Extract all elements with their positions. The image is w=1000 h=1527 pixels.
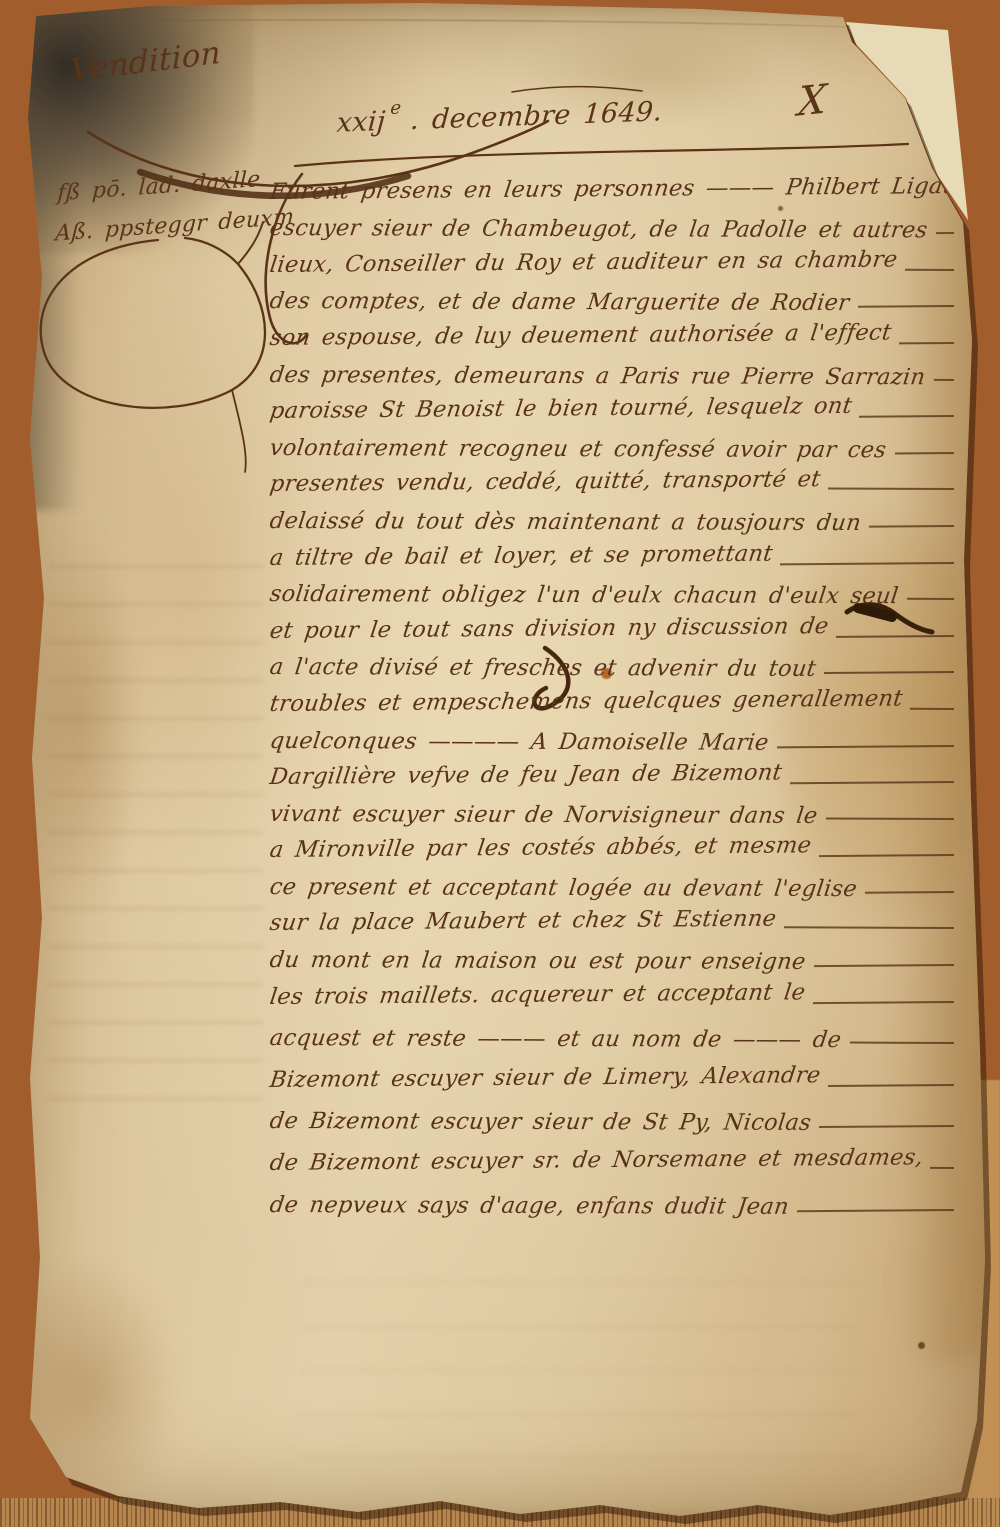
ink-bleedthrough (48, 560, 263, 1100)
line-filler-rule (895, 452, 954, 454)
foxing-spot (918, 1342, 925, 1349)
line-filler-rule (930, 1167, 954, 1169)
manuscript-line: presentes vendu, ceddé, quitté, transpor… (268, 463, 956, 500)
manuscript-line-text: sur la place Maubert et chez St Estienne (268, 905, 778, 938)
manuscript-line: Furent presens en leurs personnes ——— Ph… (268, 170, 956, 207)
line-filler-rule (836, 635, 954, 638)
date-day-roman: xxij (336, 106, 387, 139)
line-filler-rule (790, 781, 954, 784)
line-filler-rule (828, 488, 954, 491)
line-filler-rule (828, 1084, 954, 1087)
photo-of-manuscript: Vendition xxije. decembre 1649. X fß pō.… (0, 0, 1000, 1527)
manuscript-line: a tiltre de bail et loyer, et se promett… (268, 536, 956, 573)
line-filler-rule (934, 378, 954, 380)
manuscript-line-text: delaissé du tout dès maintenant a tousjo… (268, 507, 863, 538)
manuscript-line: paroisse St Benoist le bien tourné, lesq… (268, 390, 956, 427)
margin-note-descender (232, 390, 246, 472)
manuscript-line: Dargillière vefve de feu Jean de Bizemon… (268, 756, 956, 793)
manuscript-line-text: son espouse, de luy deuement authorisée … (268, 319, 893, 353)
line-filler-rule (814, 964, 954, 967)
manuscript-line: du mont en la maison ou est pour enseign… (268, 938, 956, 975)
manuscript-line-text: a tiltre de bail et loyer, et se promett… (268, 539, 775, 572)
manuscript-line-text: des presentes, demeurans a Paris rue Pie… (268, 361, 927, 392)
manuscript-line-text: a Mironville par les costés abbés, et me… (268, 832, 813, 866)
manuscript-line: de nepveux says d'aage, enfans dudit Jea… (268, 1183, 956, 1220)
x-mark: X (796, 76, 828, 126)
manuscript-line-text: solidairement obligez l'un d'eulx chacun… (268, 580, 900, 611)
manuscript-line: a l'acte divisé et fresches et advenir d… (268, 646, 956, 683)
margin-note: fß pō. lad. daxlle Aß. ppsteggr deuxm (54, 157, 298, 254)
manuscript-line: des presentes, demeurans a Paris rue Pie… (268, 353, 956, 390)
line-filler-rule (819, 854, 954, 857)
manuscript-line-text: volontairement recogneu et confessé avoi… (268, 434, 888, 465)
manuscript-line: les trois maillets. acquereur et accepta… (268, 975, 956, 1012)
line-filler-rule (859, 415, 954, 418)
manuscript-line-text: acquest et reste ——— et au nom de ——— de (268, 1024, 843, 1055)
manuscript-line-text: quelconques ———— A Damoiselle Marie (268, 727, 770, 758)
manuscript-line-text: a l'acte divisé et fresches et advenir d… (268, 653, 818, 684)
line-filler-rule (819, 1125, 954, 1128)
ink-bleedthrough (300, 1240, 860, 1460)
manuscript-line: ce present et acceptant logée au devant … (268, 865, 956, 902)
line-filler-rule (850, 1042, 954, 1044)
line-filler-rule (936, 232, 954, 234)
manuscript-line-text: de Bizemont escuyer sr. de Norsemane et … (268, 1143, 925, 1178)
manuscript-line: de Bizemont escuyer sieur de St Py, Nico… (268, 1100, 956, 1137)
manuscript-line-text: Furent presens en leurs personnes ——— Ph… (268, 171, 976, 206)
line-filler-rule (899, 342, 954, 344)
line-filler-rule (826, 817, 954, 820)
manuscript-line: vivant escuyer sieur de Norvisigneur dan… (268, 792, 956, 829)
line-filler-rule (865, 891, 954, 894)
manuscript-line: Bizemont escuyer sieur de Limery, Alexan… (268, 1058, 956, 1095)
manuscript-line-text: et pour le tout sans division ny discuss… (268, 612, 830, 646)
manuscript-line-text: de nepveux says d'aage, enfans dudit Jea… (268, 1191, 791, 1222)
manuscript-line-text: du mont en la maison ou est pour enseign… (268, 946, 807, 977)
manuscript-line-text: paroisse St Benoist le bien tourné, lesq… (268, 392, 854, 426)
manuscript-line-text: Bizemont escuyer sieur de Limery, Alexan… (268, 1061, 822, 1095)
manuscript-line-text: les trois maillets. acquereur et accepta… (268, 978, 807, 1012)
line-filler-rule (869, 525, 954, 528)
line-filler-rule (905, 269, 954, 271)
manuscript-line: solidairement obligez l'un d'eulx chacun… (268, 573, 956, 610)
manuscript-line: acquest et reste ——— et au nom de ——— de (268, 1017, 956, 1054)
manuscript-line: sur la place Maubert et chez St Estienne (268, 902, 956, 939)
manuscript-line-text: troubles et empeschemens quelcques gener… (268, 684, 905, 719)
manuscript-line: quelconques ———— A Damoiselle Marie (268, 719, 956, 756)
date-month-year: . decembre 1649. (409, 96, 663, 136)
manuscript-sheet: Vendition xxije. decembre 1649. X fß pō.… (0, 0, 1000, 1527)
manuscript-line-text: presentes vendu, ceddé, quitté, transpor… (268, 466, 823, 500)
line-filler-rule (907, 598, 954, 600)
manuscript-line-text: vivant escuyer sieur de Norvisigneur dan… (268, 800, 819, 831)
manuscript-line-text: ce present et acceptant logée au devant … (268, 873, 859, 904)
manuscript-line: volontairement recogneu et confessé avoi… (268, 426, 956, 463)
manuscript-line: des comptes, et de dame Marguerite de Ro… (268, 280, 956, 317)
manuscript-line-text: lieux, Conseiller du Roy et auditeur en … (268, 245, 899, 279)
date-heading: xxije. decembre 1649. (0, 94, 1000, 133)
manuscript-body: Furent presens en leurs personnes ——— Ph… (268, 170, 956, 1220)
manuscript-line: a Mironville par les costés abbés, et me… (268, 829, 956, 866)
manuscript-line-text: escuyer sieur de Chambeugot, de la Padol… (268, 214, 929, 245)
manuscript-line-text: de Bizemont escuyer sieur de St Py, Nico… (268, 1107, 813, 1138)
line-filler-rule (777, 745, 954, 748)
line-filler-rule (858, 305, 954, 308)
line-filler-rule (824, 671, 954, 674)
date-underline (295, 144, 908, 166)
manuscript-line-text: des comptes, et de dame Marguerite de Ro… (268, 287, 851, 318)
line-filler-rule (780, 562, 954, 565)
line-filler-rule (797, 1209, 954, 1212)
manuscript-line: son espouse, de luy deuement authorisée … (268, 316, 956, 353)
line-filler-rule (784, 927, 954, 930)
line-filler-rule (910, 708, 954, 710)
manuscript-line: troubles et empeschemens quelcques gener… (268, 682, 956, 719)
date-superscript: e (390, 97, 402, 118)
manuscript-line: escuyer sieur de Chambeugot, de la Padol… (268, 207, 956, 244)
manuscript-line: de Bizemont escuyer sr. de Norsemane et … (268, 1141, 956, 1178)
line-filler-rule (813, 1001, 954, 1004)
manuscript-line: lieux, Conseiller du Roy et auditeur en … (268, 243, 956, 280)
manuscript-line-text: Dargillière vefve de feu Jean de Bizemon… (268, 759, 784, 792)
manuscript-line: et pour le tout sans division ny discuss… (268, 609, 956, 646)
manuscript-line: delaissé du tout dès maintenant a tousjo… (268, 499, 956, 536)
